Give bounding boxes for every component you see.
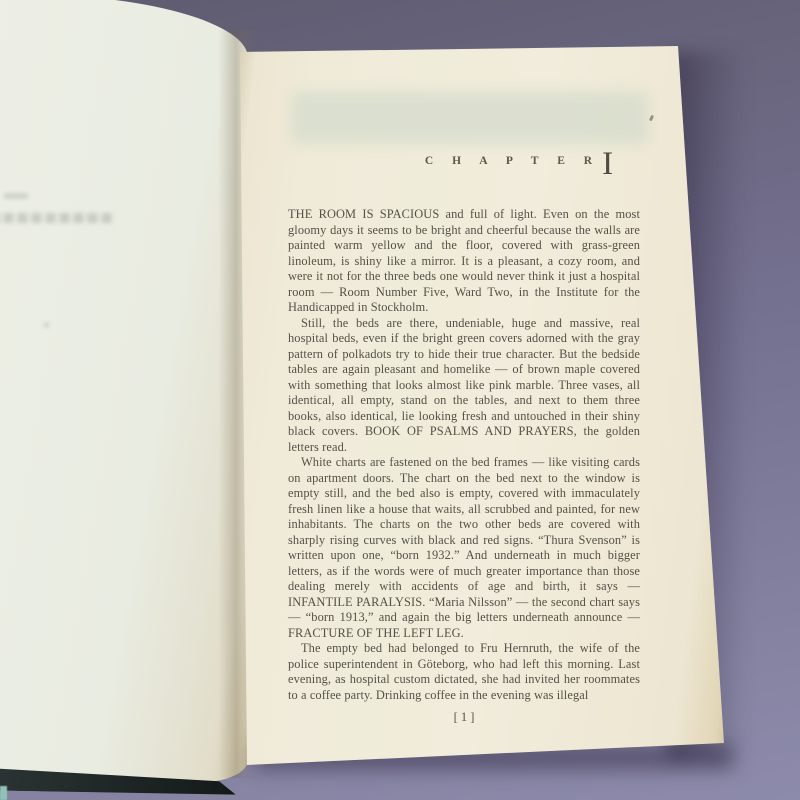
book-right-page: C H A P T E R I THE ROOM IS SPACIOUS and… bbox=[240, 46, 726, 768]
photo-backdrop: C H A P T E R I THE ROOM IS SPACIOUS and… bbox=[0, 0, 800, 800]
body-paragraph: THE ROOM IS SPACIOUS and full of light. … bbox=[288, 207, 640, 316]
chapter-numeral: I bbox=[602, 149, 613, 179]
body-paragraph: Still, the beds are there, undeniable, h… bbox=[288, 316, 640, 456]
page-text-column: C H A P T E R I THE ROOM IS SPACIOUS and… bbox=[288, 46, 640, 725]
showthrough-mark bbox=[44, 323, 49, 327]
showthrough-mark bbox=[4, 193, 28, 199]
chapter-heading: C H A P T E R I bbox=[343, 142, 695, 180]
chapter-label: C H A P T E R bbox=[425, 155, 600, 167]
showthrough-mark bbox=[0, 213, 114, 223]
body-text: THE ROOM IS SPACIOUS and full of light. … bbox=[288, 207, 640, 703]
book-left-page bbox=[0, 0, 248, 782]
page-number: [ 1 ] bbox=[288, 710, 640, 725]
body-paragraph: White charts are fastened on the bed fra… bbox=[288, 455, 640, 641]
body-paragraph: The empty bed had belonged to Fru Hernru… bbox=[288, 641, 640, 703]
paper-speck bbox=[649, 115, 654, 122]
cover-cloth-accent bbox=[0, 786, 7, 800]
chapter-heading-inner: C H A P T E R I bbox=[425, 142, 613, 179]
